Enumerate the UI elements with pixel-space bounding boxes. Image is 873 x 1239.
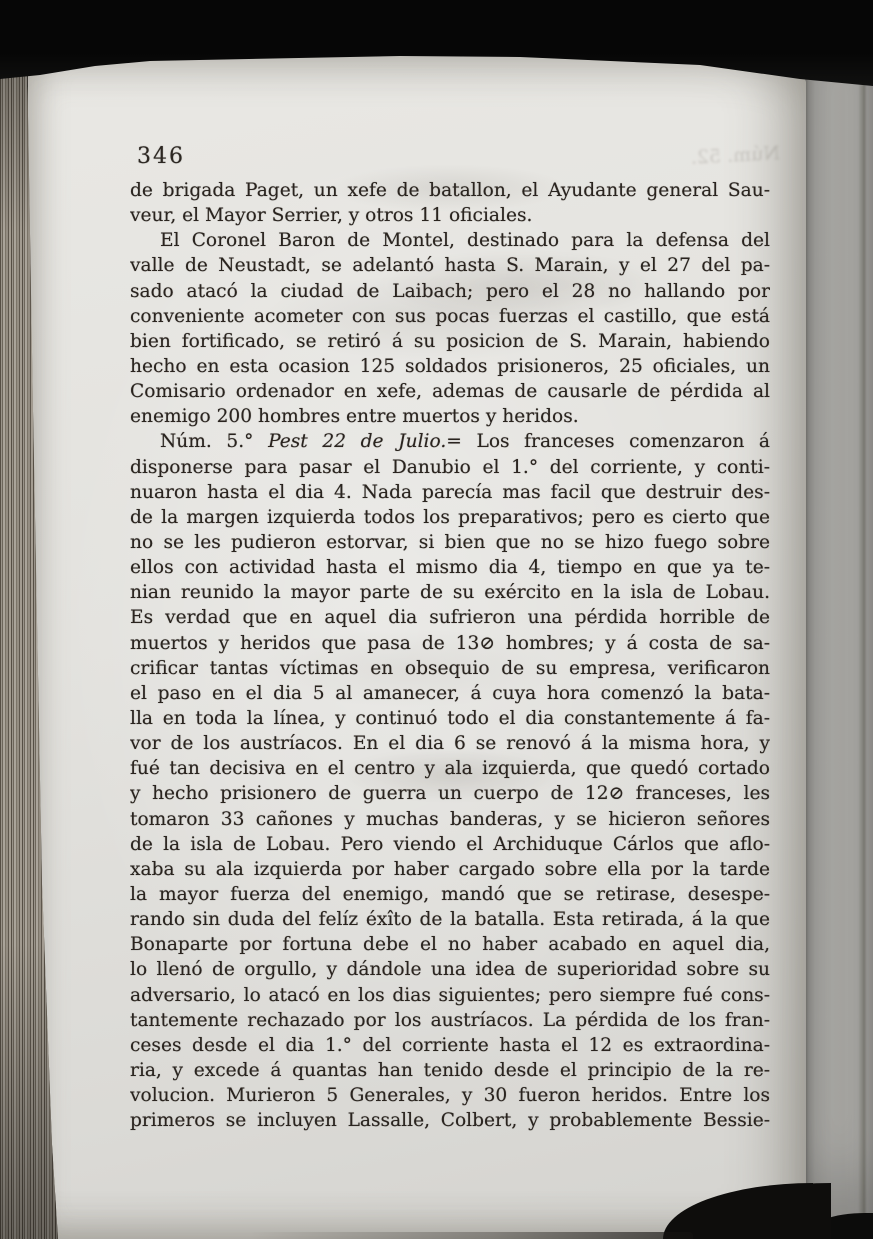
text-line: Comisario ordenador en xefe, ademas de c… bbox=[130, 379, 770, 404]
text-segment: muertos y heridos que pasa de 13⊘ hombre… bbox=[130, 633, 770, 654]
text-segment: ceses desde el dia 1.° del corriente has… bbox=[130, 1035, 770, 1056]
text-segment: nian reunido la mayor parte de su exérci… bbox=[130, 582, 770, 603]
text-segment: veur, el Mayor Serrier, y otros 11 ofici… bbox=[130, 205, 532, 226]
text-segment: la mayor fuerza del enemigo, mandó que s… bbox=[130, 884, 770, 905]
book-photo: Núm. 52. 346 de brigada Paget, un xefe d… bbox=[0, 0, 873, 1239]
text-segment: de la margen izquierda todos los prepara… bbox=[130, 507, 770, 528]
text-segment: Bonaparte por fortuna debe el no haber a… bbox=[130, 934, 770, 955]
page-number: 346 bbox=[137, 144, 185, 169]
text-segment: crificar tantas víctimas en obsequio de … bbox=[130, 658, 770, 679]
text-line: ceses desde el dia 1.° del corriente has… bbox=[130, 1033, 770, 1058]
text-segment: Es verdad que en aquel dia sufrieron una… bbox=[130, 607, 770, 628]
text-segment: el paso en el dia 5 al amanecer, á cuya … bbox=[130, 683, 770, 704]
text-line: veur, el Mayor Serrier, y otros 11 ofici… bbox=[130, 203, 770, 228]
book-gutter bbox=[806, 18, 873, 1239]
text-line: ellos con actividad hasta el mismo dia 4… bbox=[130, 555, 770, 580]
text-line: rando sin duda del felíz éxîto de la bat… bbox=[130, 907, 770, 932]
text-line: enemigo 200 hombres entre muertos y heri… bbox=[130, 404, 770, 429]
text-line: ria, y excede á quantas han tenido desde… bbox=[130, 1058, 770, 1083]
text-segment: bien fortificado, se retiró á su posicio… bbox=[130, 331, 770, 352]
text-segment: tomaron 33 cañones y muchas banderas, y … bbox=[130, 809, 770, 830]
text-line: lla en toda la línea, y continuó todo el… bbox=[130, 706, 770, 731]
text-segment: lla en toda la línea, y continuó todo el… bbox=[130, 708, 770, 729]
text-line: Bonaparte por fortuna debe el no haber a… bbox=[130, 932, 770, 957]
text-line: tomaron 33 cañones y muchas banderas, y … bbox=[130, 807, 770, 832]
text-line: sado atacó la ciudad de Laibach; pero el… bbox=[130, 279, 770, 304]
text-segment: hecho en esta ocasion 125 soldados prisi… bbox=[130, 356, 770, 377]
text-line: nuaron hasta el dia 4. Nada parecía mas … bbox=[130, 480, 770, 505]
text-segment: El Coronel Baron de Montel, destinado pa… bbox=[160, 230, 770, 251]
text-segment: de brigada Paget, un xefe de batallon, e… bbox=[130, 180, 770, 201]
text-line: hecho en esta ocasion 125 soldados prisi… bbox=[130, 354, 770, 379]
text-block: de brigada Paget, un xefe de batallon, e… bbox=[130, 178, 770, 1133]
text-line: Es verdad que en aquel dia sufrieron una… bbox=[130, 605, 770, 630]
text-line: nian reunido la mayor parte de su exérci… bbox=[130, 580, 770, 605]
text-line: el paso en el dia 5 al amanecer, á cuya … bbox=[130, 681, 770, 706]
text-line: bien fortificado, se retiró á su posicio… bbox=[130, 329, 770, 354]
page-bottom-edge-shadow bbox=[250, 1232, 693, 1239]
text-segment: valle de Neustadt, se adelantó hasta S. … bbox=[130, 255, 770, 276]
text-segment: no se les pudieron estorvar, si bien que… bbox=[130, 532, 770, 553]
text-line: y hecho prisionero de guerra un cuerpo d… bbox=[130, 781, 770, 806]
text-segment: disponerse para pasar el Danubio el 1.° … bbox=[130, 457, 770, 478]
text-line: lo llenó de orgullo, y dándole una idea … bbox=[130, 957, 770, 982]
text-line: crificar tantas víctimas en obsequio de … bbox=[130, 656, 770, 681]
text-segment: fué tan decisiva en el centro y ala izqu… bbox=[130, 758, 770, 779]
text-line: de la margen izquierda todos los prepara… bbox=[130, 505, 770, 530]
text-line: primeros se incluyen Lassalle, Colbert, … bbox=[130, 1108, 770, 1133]
dateline-italic: Pest 22 de Julio. bbox=[268, 431, 446, 452]
text-line: xaba su ala izquierda por haber cargado … bbox=[130, 857, 770, 882]
text-line: Núm. 5.° Pest 22 de Julio.= Los francese… bbox=[130, 429, 770, 454]
text-line: El Coronel Baron de Montel, destinado pa… bbox=[130, 228, 770, 253]
text-line: valle de Neustadt, se adelantó hasta S. … bbox=[130, 253, 770, 278]
text-segment: de la isla de Lobau. Pero viendo el Arch… bbox=[130, 834, 770, 855]
text-line: de la isla de Lobau. Pero viendo el Arch… bbox=[130, 832, 770, 857]
text-segment: xaba su ala izquierda por haber cargado … bbox=[130, 859, 770, 880]
text-line: vor de los austríacos. En el dia 6 se re… bbox=[130, 731, 770, 756]
text-segment: sado atacó la ciudad de Laibach; pero el… bbox=[130, 281, 770, 302]
text-line: conveniente acometer con sus pocas fuerz… bbox=[130, 304, 770, 329]
text-segment: adversario, lo atacó en los dias siguien… bbox=[130, 985, 770, 1006]
text-segment: ria, y excede á quantas han tenido desde… bbox=[130, 1060, 770, 1081]
text-segment: Comisario ordenador en xefe, ademas de c… bbox=[130, 381, 770, 402]
text-segment: y hecho prisionero de guerra un cuerpo d… bbox=[130, 783, 770, 804]
text-line: muertos y heridos que pasa de 13⊘ hombre… bbox=[130, 631, 770, 656]
text-line: disponerse para pasar el Danubio el 1.° … bbox=[130, 455, 770, 480]
text-segment: tantemente rechazado por los austríacos.… bbox=[130, 1010, 770, 1031]
text-segment: = Los franceses comenzaron á bbox=[446, 431, 770, 452]
text-segment: primeros se incluyen Lassalle, Colbert, … bbox=[130, 1110, 770, 1131]
text-line: adversario, lo atacó en los dias siguien… bbox=[130, 983, 770, 1008]
text-line: no se les pudieron estorvar, si bien que… bbox=[130, 530, 770, 555]
text-segment: volucion. Murieron 5 Generales, y 30 fue… bbox=[130, 1085, 770, 1106]
text-segment: ellos con actividad hasta el mismo dia 4… bbox=[130, 557, 770, 578]
text-line: fué tan decisiva en el centro y ala izqu… bbox=[130, 756, 770, 781]
text-segment: lo llenó de orgullo, y dándole una idea … bbox=[130, 959, 770, 980]
text-segment: conveniente acometer con sus pocas fuerz… bbox=[130, 306, 770, 327]
text-line: de brigada Paget, un xefe de batallon, e… bbox=[130, 178, 770, 203]
text-segment: Núm. 5.° bbox=[160, 431, 268, 452]
text-segment: nuaron hasta el dia 4. Nada parecía mas … bbox=[130, 482, 770, 503]
text-segment: rando sin duda del felíz éxîto de la bat… bbox=[130, 909, 770, 930]
text-line: tantemente rechazado por los austríacos.… bbox=[130, 1008, 770, 1033]
text-line: volucion. Murieron 5 Generales, y 30 fue… bbox=[130, 1083, 770, 1108]
text-segment: vor de los austríacos. En el dia 6 se re… bbox=[130, 733, 770, 754]
text-line: la mayor fuerza del enemigo, mandó que s… bbox=[130, 882, 770, 907]
text-segment: enemigo 200 hombres entre muertos y heri… bbox=[130, 406, 579, 427]
